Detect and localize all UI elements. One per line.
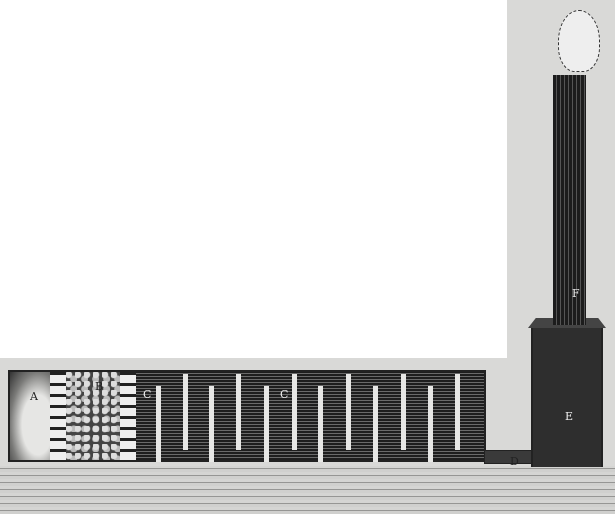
- label-e: E: [565, 410, 573, 423]
- chimney-base: [531, 325, 603, 467]
- baffle-wall: [183, 374, 188, 450]
- chamber-a: [10, 372, 50, 460]
- label-c1: C: [143, 388, 151, 401]
- chimney-stack: [553, 75, 586, 325]
- baffle-wall: [236, 374, 241, 450]
- baffle-wall: [401, 374, 406, 450]
- engraving: A B C C D E F: [0, 0, 615, 514]
- grate-left: [50, 372, 66, 460]
- label-a: A: [30, 390, 38, 403]
- ground: [0, 466, 615, 514]
- label-d: D: [510, 455, 519, 468]
- baffle-wall: [209, 386, 214, 462]
- flue-d: [484, 450, 534, 464]
- baffle-wall: [156, 386, 161, 462]
- baffle-wall: [318, 386, 323, 462]
- baffle-wall: [292, 374, 297, 450]
- fuel-bed: [66, 372, 120, 460]
- baffle-wall: [455, 374, 460, 450]
- label-c2: C: [280, 388, 288, 401]
- baffle-wall: [428, 386, 433, 462]
- baffle-wall: [346, 374, 351, 450]
- smoke: [558, 10, 600, 72]
- label-b: B: [95, 380, 103, 393]
- blank-area: [0, 0, 507, 358]
- baffle-wall: [264, 386, 269, 462]
- grate-right: [120, 372, 136, 460]
- label-f: F: [572, 287, 580, 300]
- baffle-wall: [373, 386, 378, 462]
